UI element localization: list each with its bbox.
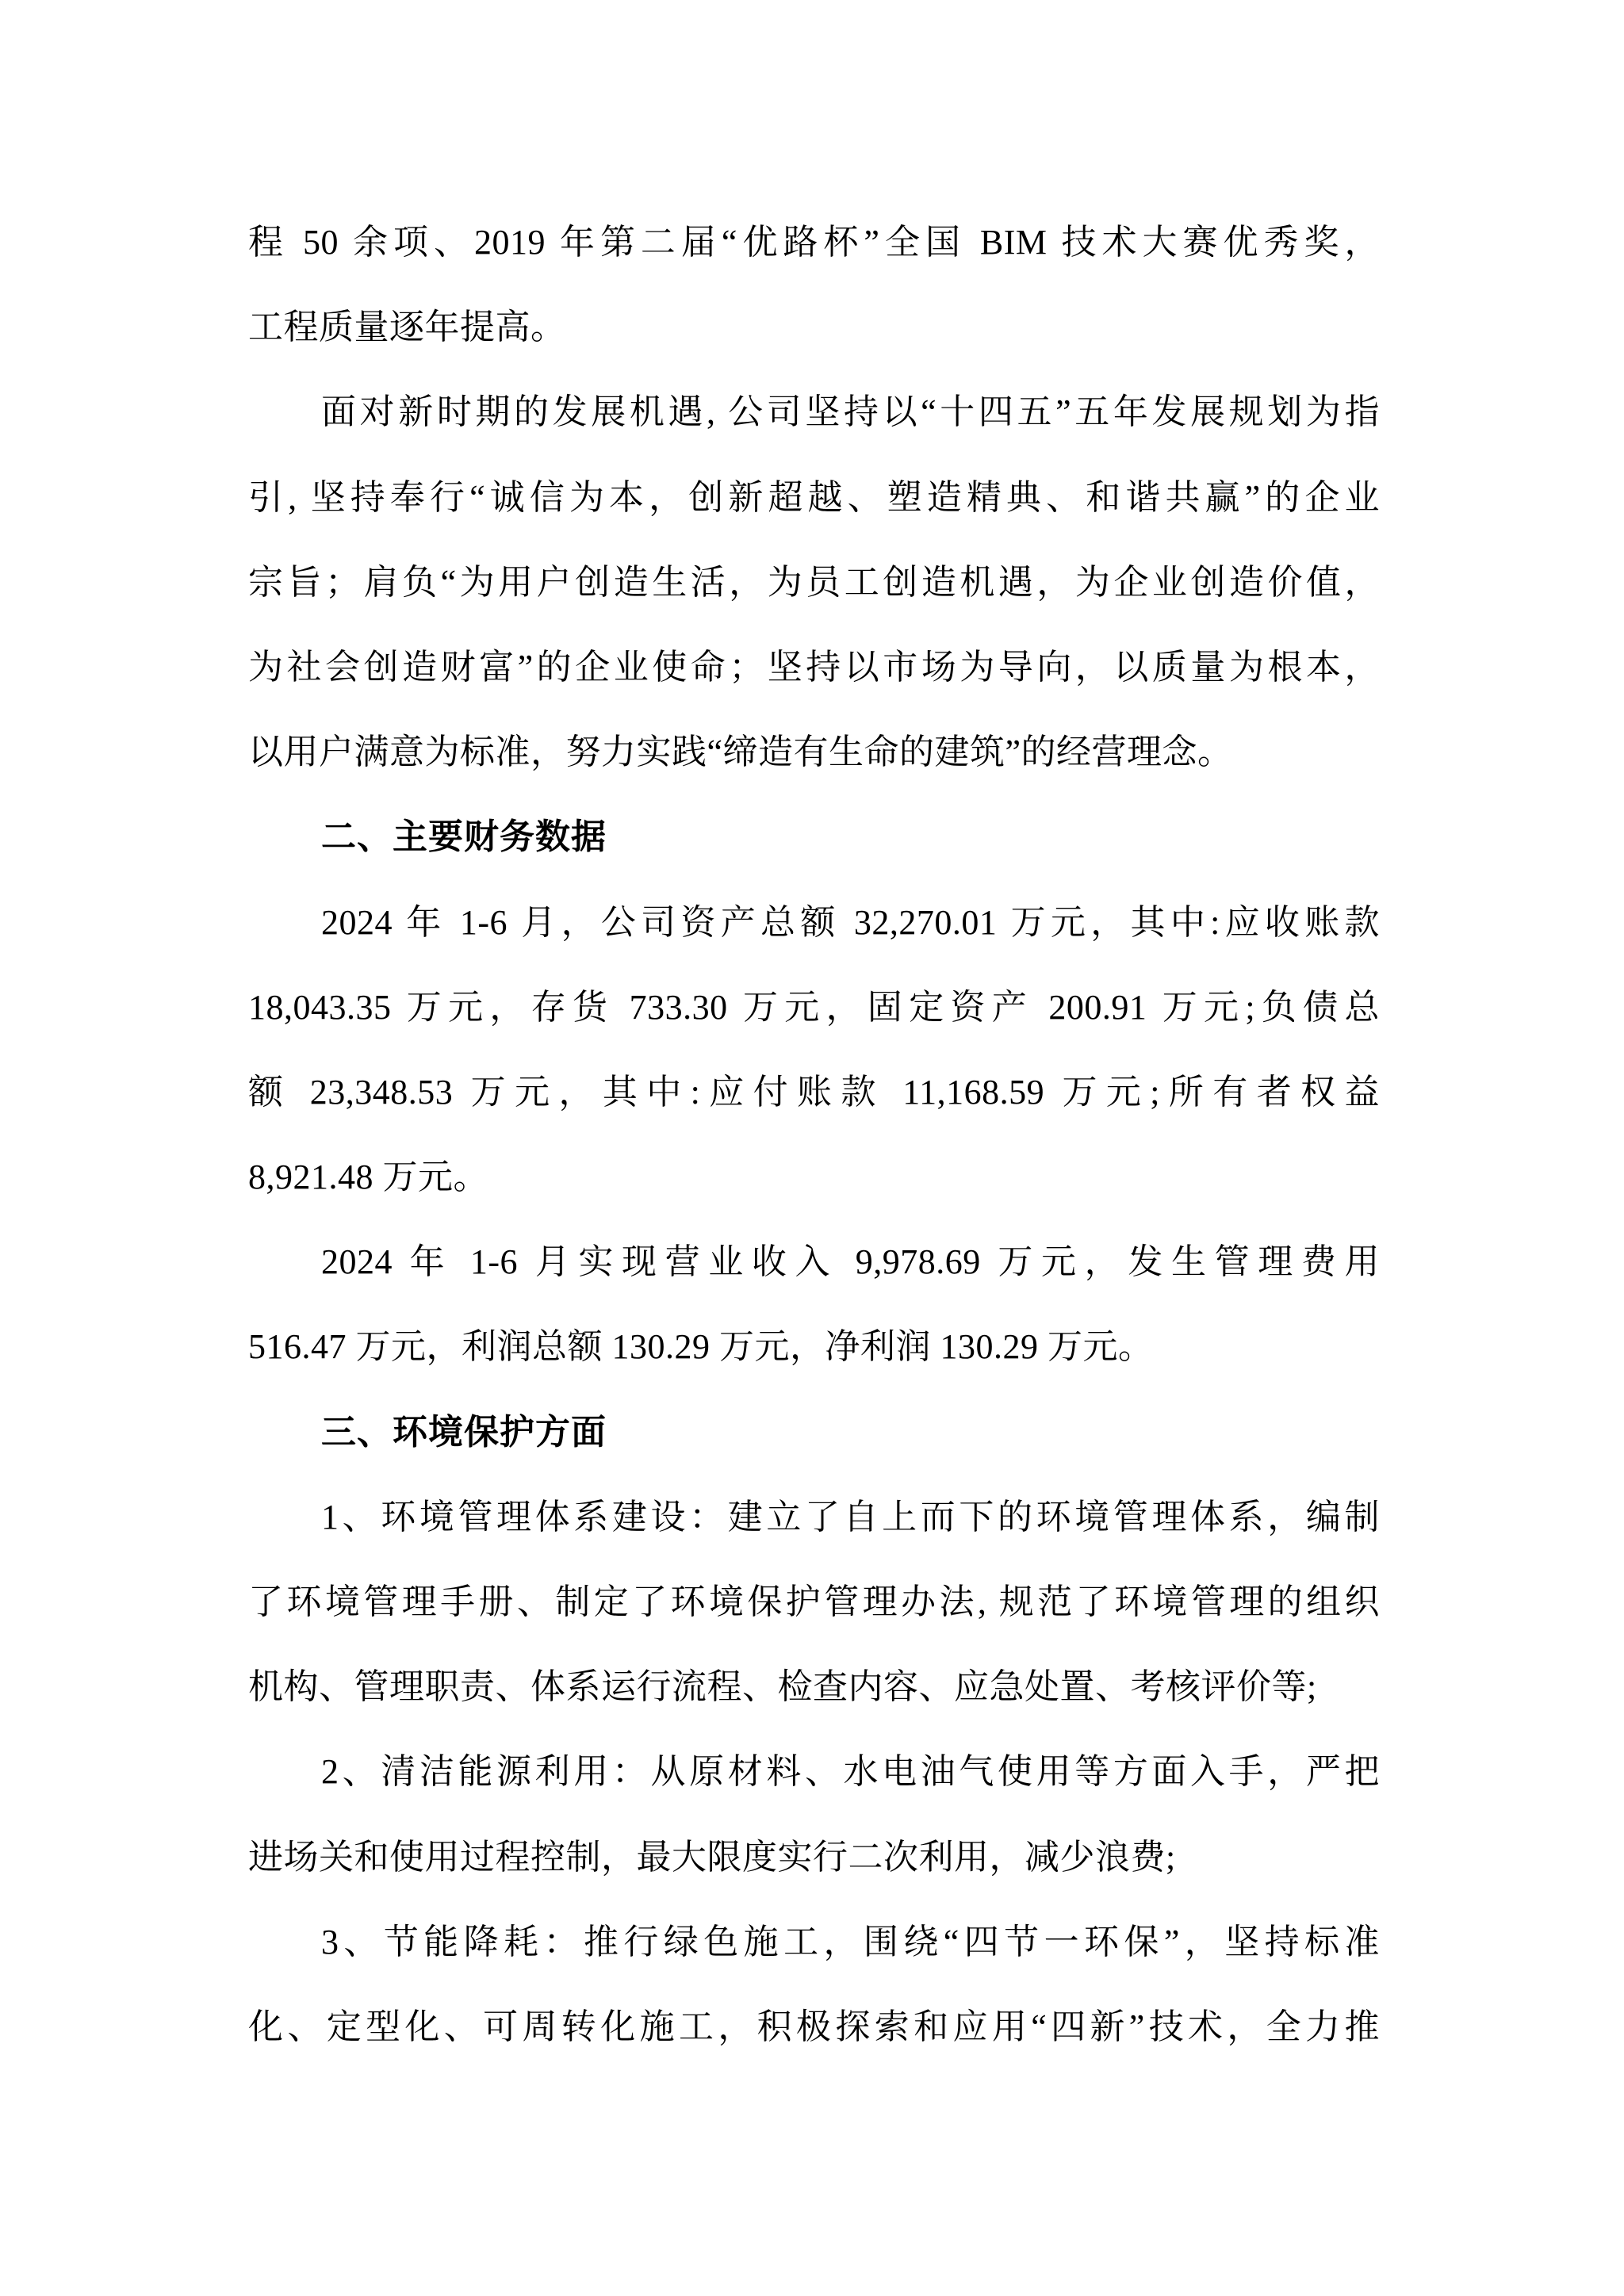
text-line: 额 23,348.53 万元，其中:应付账款 11,168.59 万元;所有者权… <box>248 1050 1380 1135</box>
text-line: 为社会创造财富”的企业使命；坚持以市场为导向，以质量为根本， <box>248 625 1380 710</box>
document-page: 程 50 余项、2019 年第二届“优路杯”全国 BIM 技术大赛优秀奖， 工程… <box>0 0 1624 2296</box>
text-line: 2024 年 1-6 月，公司资产总额 32,270.01 万元，其中:应收账款 <box>248 880 1380 965</box>
text-line: 程 50 余项、2019 年第二届“优路杯”全国 BIM 技术大赛优秀奖， <box>248 200 1380 285</box>
text-line: 516.47 万元，利润总额 130.29 万元，净利润 130.29 万元。 <box>248 1304 1380 1389</box>
text-line: 了环境管理手册、制定了环境保护管理办法, 规范了环境管理的组织 <box>248 1559 1380 1644</box>
text-line: 面对新时期的发展机遇, 公司坚持以“十四五”五年发展规划为指 <box>248 369 1380 454</box>
document-body: 程 50 余项、2019 年第二届“优路杯”全国 BIM 技术大赛优秀奖， 工程… <box>248 200 1380 2069</box>
text-line: 8,921.48 万元。 <box>248 1135 1380 1219</box>
text-line: 18,043.35 万元，存货 733.30 万元，固定资产 200.91 万元… <box>248 965 1380 1050</box>
text-line: 工程质量逐年提高。 <box>248 285 1380 369</box>
text-line: 进场关和使用过程控制，最大限度实行二次利用，减少浪费; <box>248 1815 1380 1900</box>
section-heading-environment: 三、环境保护方面 <box>248 1390 1380 1475</box>
text-line: 引, 坚持奉行“诚信为本，创新超越、塑造精典、和谐共赢”的企业 <box>248 455 1380 540</box>
text-line: 以用户满意为标准，努力实践“缔造有生命的建筑”的经营理念。 <box>248 710 1380 794</box>
text-line: 机构、管理职责、体系运行流程、检查内容、应急处置、考核评价等; <box>248 1644 1380 1729</box>
text-line: 2、清洁能源利用：从原材料、水电油气使用等方面入手，严把 <box>248 1729 1380 1814</box>
text-line: 宗旨；肩负“为用户创造生活，为员工创造机遇，为企业创造价值， <box>248 540 1380 625</box>
section-heading-financial-data: 二、主要财务数据 <box>248 794 1380 879</box>
text-line: 化、定型化、可周转化施工，积极探索和应用“四新”技术，全力推 <box>248 1984 1380 2069</box>
text-line: 2024 年 1-6 月实现营业收入 9,978.69 万元，发生管理费用 <box>248 1219 1380 1304</box>
text-line: 1、环境管理体系建设：建立了自上而下的环境管理体系，编制 <box>248 1475 1380 1559</box>
text-line: 3、节能降耗：推行绿色施工，围绕“四节一环保”，坚持标准 <box>248 1900 1380 1984</box>
